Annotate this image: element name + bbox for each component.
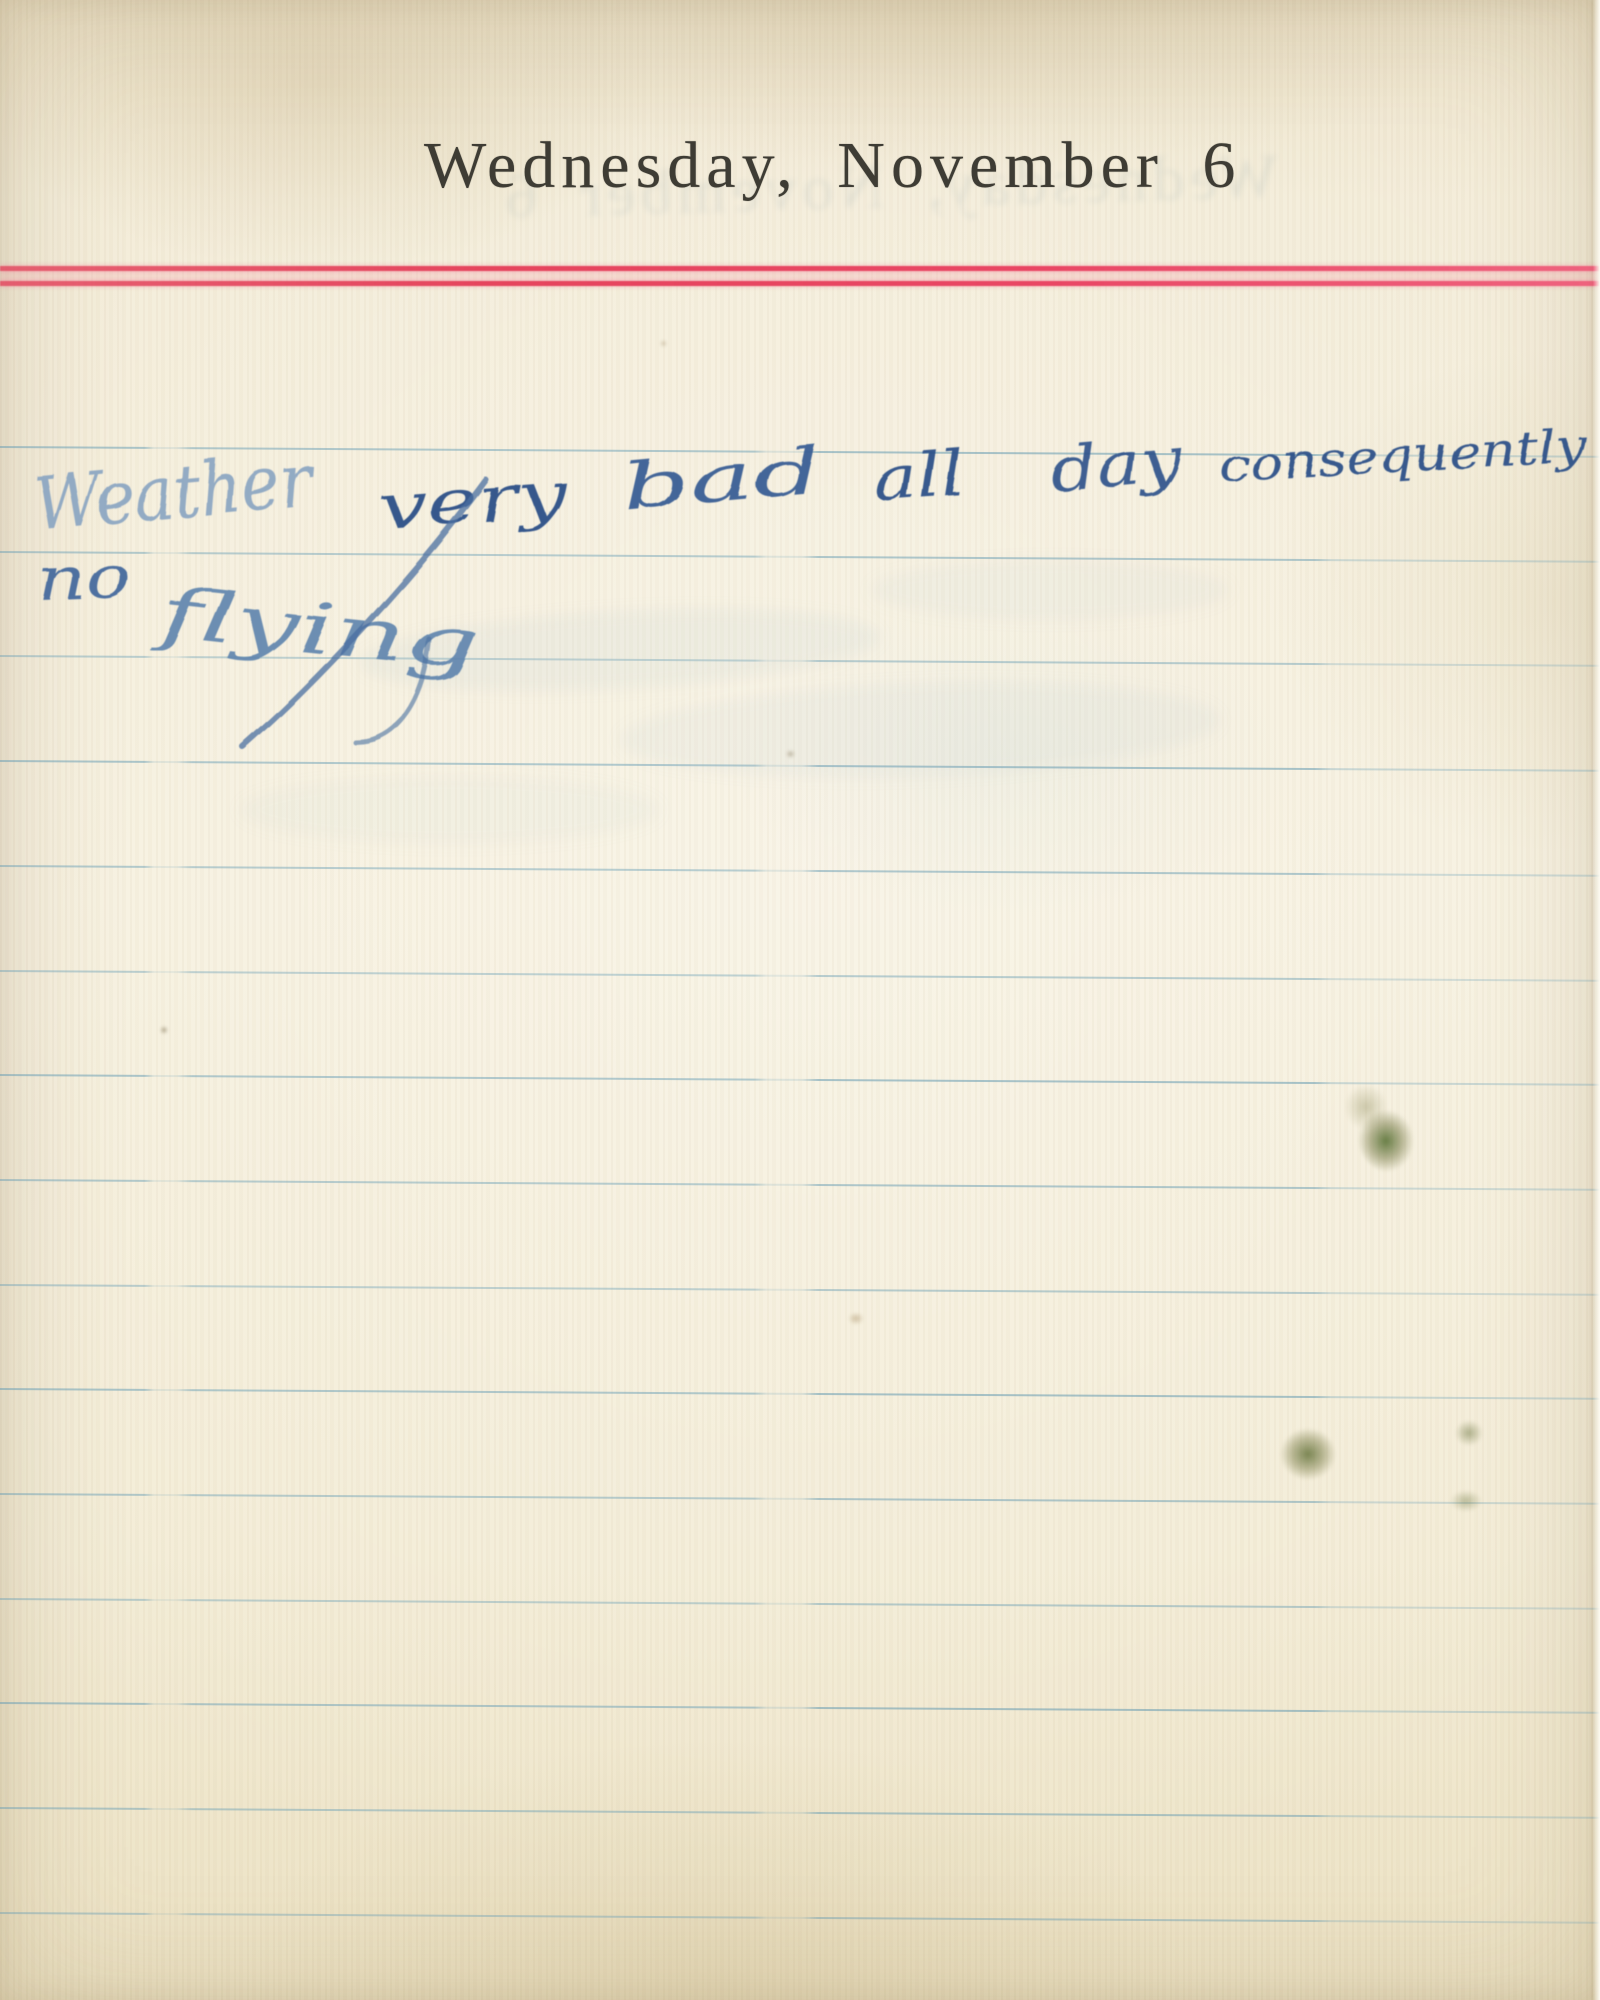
ruled-line xyxy=(0,970,1600,982)
handwritten-line-2: no flying xyxy=(36,480,486,747)
pen-flourish xyxy=(243,480,486,747)
ruled-line xyxy=(0,1702,1600,1714)
page-edge xyxy=(1593,0,1600,2000)
word-day: day xyxy=(1047,422,1186,507)
bleed-through-smudges xyxy=(240,560,1230,844)
paper-speck xyxy=(660,340,667,347)
date-heading: Wednesday, November 6 xyxy=(424,128,1241,204)
red-rule-top xyxy=(0,266,1600,271)
ink-stain-olive-halo xyxy=(1344,1084,1388,1130)
ruled-line xyxy=(0,655,1600,667)
ruled-line xyxy=(0,446,1600,458)
pen-tail xyxy=(355,640,430,742)
ruled-line xyxy=(0,1912,1600,1924)
foxing-spot xyxy=(848,1312,864,1325)
ruled-line xyxy=(0,1074,1600,1086)
ruled-line xyxy=(0,865,1600,877)
word-bad: bad xyxy=(619,434,825,526)
paper-mottling xyxy=(0,0,1600,2000)
word-all: all xyxy=(870,436,967,516)
word-weather: Weather xyxy=(30,437,319,548)
ink-stain-olive-large xyxy=(1358,1098,1420,1172)
word-flying: flying xyxy=(148,571,483,687)
red-rule-bottom xyxy=(0,281,1600,286)
ruled-line xyxy=(0,1493,1600,1505)
ruled-line xyxy=(0,551,1600,563)
handwritten-line-1: Weather very bad all day consequently xyxy=(30,410,1590,551)
handwriting-layer: Weather very bad all day consequently no… xyxy=(0,0,1600,2000)
ruled-line xyxy=(0,760,1600,772)
paper-texture xyxy=(0,0,1600,2000)
ink-stain-olive-edge1 xyxy=(1455,1420,1483,1446)
word-very: very xyxy=(376,457,570,544)
diary-page: Wednesday, November 6 Wednesday, Novembe… xyxy=(0,0,1600,2000)
ruled-line xyxy=(0,1807,1600,1819)
paper-speck xyxy=(160,1026,168,1034)
paper-speck xyxy=(786,750,795,758)
ruled-line xyxy=(0,1179,1600,1191)
ruled-line xyxy=(0,1388,1600,1400)
ruled-line xyxy=(0,1284,1600,1296)
ink-stain-olive-mid xyxy=(1280,1428,1336,1486)
ruled-line xyxy=(0,1598,1600,1610)
